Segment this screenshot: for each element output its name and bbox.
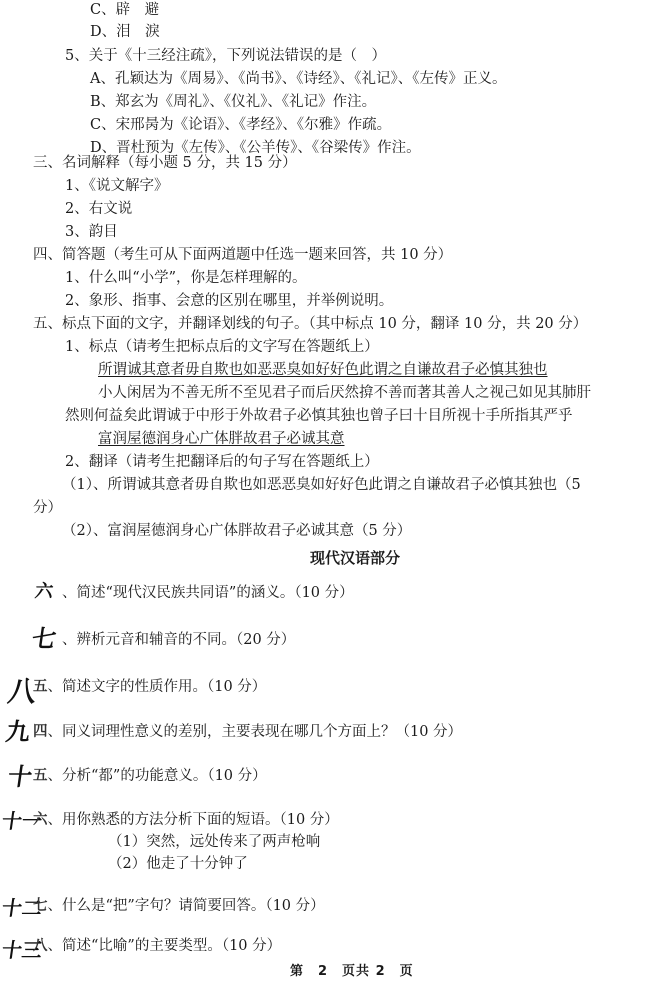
struck-printed-number: 六 [33,811,48,828]
part4-item-1: 1、什么叫“小学”，你是怎样理解的。 [65,268,307,288]
modern-question-12: 、什么是“把”字句？请简要回答。（10 分） [48,898,325,914]
modern-question-10: 、分析“都”的功能意义。（10 分） [48,768,267,784]
page-footer: 第 2 页共 2 页 [290,962,414,982]
passage-line-2: 小人闲居为不善无所不至见君子而后厌然揜不善而著其善人之视己如见其肺肝 [98,383,591,403]
modern-question-9: 、同义词理性意义的差别，主要表现在哪几个方面上？（10 分） [48,724,463,740]
translate-item-2: （2）、富润屋德润身心广体胖故君子必诚其意（5 分） [62,521,411,541]
modern-question-8: 、简述文字的性质作用。（10 分） [48,679,267,695]
part3-heading: 三、名词解释（每小题 5 分，共 15 分） [33,153,297,173]
handwritten-number-10: 十 [6,763,34,791]
translate-item-1: （1）、所谓诚其意者毋自欺也如恶恶臭如好好色此谓之自谦故君子必慎其独也（5 [62,475,581,495]
passage-line-3: 然则何益矣此谓诚于中形于外故君子必慎其独也曾子曰十目所视十手所指其严乎 [65,406,573,426]
passage-line-4-underlined: 富润屋德润身心广体胖故君子必诚其意 [98,429,345,449]
struck-printed-number: 七 [33,897,48,914]
q4-option-c: C、辟 避 [90,0,159,20]
part3-item-1: 1、《说文解字》 [65,176,168,196]
modern-question-11: 、用你熟悉的方法分析下面的短语。（10 分） [48,812,339,828]
modern-question-7: 、辨析元音和辅音的不同。（20 分） [62,630,295,650]
struck-printed-number: 四 [33,723,48,740]
part4-heading: 四、简答题（考生可从下面两道题中任选一题来回答，共 10 分） [33,245,452,265]
struck-printed-number: 八 [33,937,48,954]
q5-stem: 5、关于《十三经注疏》，下列说法错误的是（ ） [65,46,386,66]
part5-heading: 五、标点下面的文字，并翻译划线的句子。（其中标点 10 分，翻译 10 分，共 … [33,314,587,334]
q4-option-d: D、泪 淚 [90,22,160,42]
modern-question-6: 、简述“现代汉民族共同语”的涵义。（10 分） [62,583,354,603]
handwritten-number-9: 九 [4,718,32,746]
q11-phrase-1: （1）突然，远处传来了两声枪响 [108,832,320,852]
section-title-modern-chinese: 现代汉语部分 [310,548,400,568]
struck-printed-number: 五 [33,678,48,695]
part5-sub1: 1、标点（请考生把标点后的文字写在答题纸上） [65,337,379,357]
handwritten-number-6: 六 [33,578,55,606]
part3-item-2: 2、右文说 [65,199,132,219]
q5-option-c: C、宋邢昺为《论语》、《孝经》、《尔雅》作疏。 [90,115,391,135]
q11-phrase-2: （2）他走了十分钟了 [108,854,248,874]
q5-option-a: A、孔颖达为《周易》、《尚书》、《诗经》、《礼记》、《左传》正义。 [90,69,506,89]
q5-option-b: B、郑玄为《周礼》、《仪礼》、《礼记》作注。 [90,92,376,112]
part3-item-3: 3、韵目 [65,222,118,242]
part4-item-2: 2、象形、指事、会意的区别在哪里，并举例说明。 [65,291,393,311]
handwritten-number-7: 七 [30,625,58,653]
translate-item-1-cont: 分） [33,498,62,518]
struck-printed-number: 五 [33,767,48,784]
passage-line-1-underlined: 所谓诚其意者毋自欺也如恶恶臭如好好色此谓之自谦故君子必慎其独也 [98,360,548,380]
part5-sub2: 2、翻译（请考生把翻译后的句子写在答题纸上） [65,452,379,472]
modern-question-13: 、简述“比喻”的主要类型。（10 分） [48,938,282,954]
